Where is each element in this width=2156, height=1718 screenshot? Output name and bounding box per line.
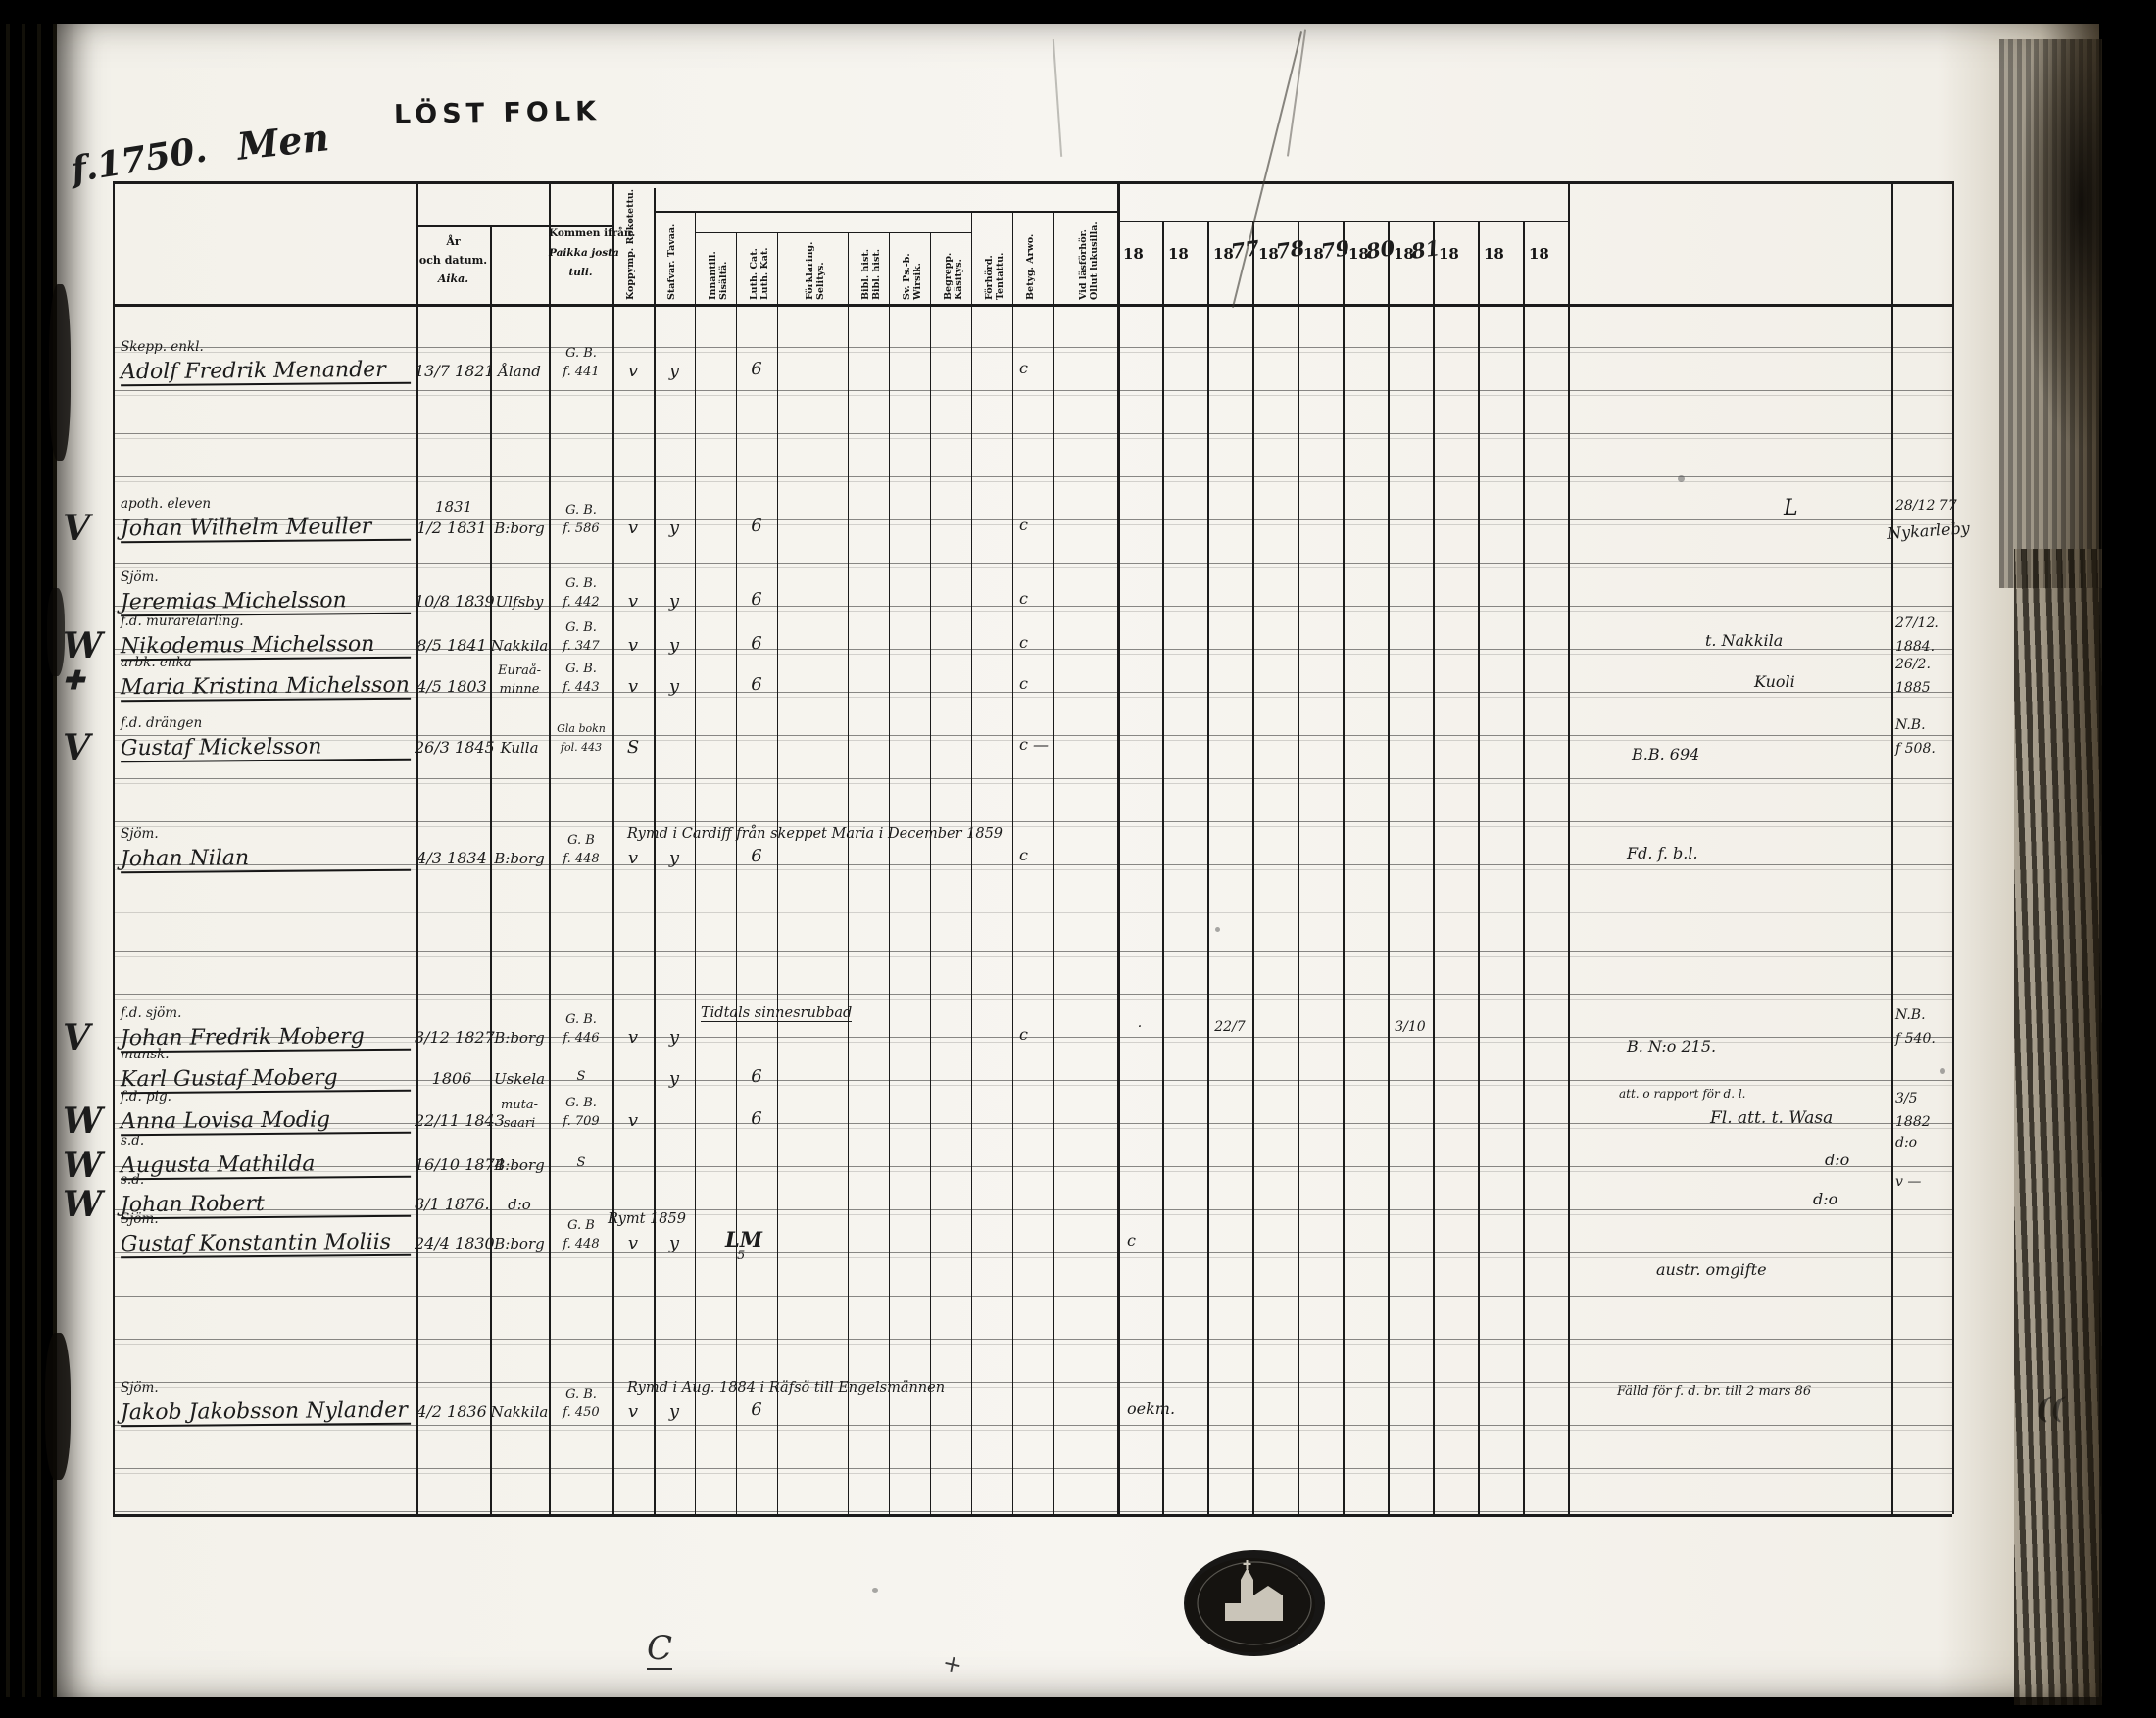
grid-vline: [889, 232, 890, 1514]
row-departed-1: 27/12.: [1895, 615, 1939, 631]
row-remark: B. N:o 215.: [1627, 1037, 1716, 1055]
scan-edge-right: [2099, 0, 2156, 1718]
row-rule: [113, 1468, 1952, 1469]
row-birth-place: Uskela: [488, 1070, 551, 1088]
row-birth-place: Åland: [488, 363, 551, 380]
year-printed: 18: [1123, 245, 1144, 263]
row-rule: [113, 1382, 1952, 1383]
row-departed-1: N.B.: [1895, 1007, 1926, 1023]
row-mark-1: v: [612, 591, 654, 612]
row-communion-mark: c: [1019, 1025, 1028, 1044]
row-birth-date: 3/12 1827: [415, 1028, 489, 1047]
row-book-ref: S: [551, 1155, 612, 1170]
year-printed: 18: [1168, 245, 1189, 263]
row-birth-place: muta-: [490, 1098, 549, 1112]
row-rule: [113, 821, 1952, 822]
scanned-church-record: f.1750. Men LÖST FOLK Åroch datum.Aika.K…: [0, 0, 2156, 1718]
row-remark-line1: att. o rapport för d. l.: [1619, 1087, 1746, 1101]
row-book-ref: f. 448: [551, 1237, 612, 1252]
year-handwritten: 79: [1319, 235, 1350, 264]
row-birth-date: 22/11 1843: [415, 1111, 489, 1130]
row-remark: Fälld för f. d. br. till 2 mars 86: [1617, 1384, 1811, 1399]
row-birth-date: 4/3 1834: [415, 849, 489, 867]
year-handwritten: 78: [1274, 235, 1305, 264]
page-edge-fold-mark: ((: [2036, 1392, 2064, 1426]
row-birth-place: B:borg: [488, 1235, 551, 1252]
row-occupation: Sjöm.: [121, 826, 159, 842]
column-label: Förhörd. Tentattu.: [985, 214, 1006, 300]
margin-mark: W: [63, 1184, 102, 1225]
grid-vline: [1523, 221, 1525, 1514]
row-remark: B.B. 694: [1632, 745, 1699, 763]
row-occupation: Sjöm.: [121, 569, 159, 585]
row-note: Rymd i Aug. 1884 i Räfsö till Engelsmänn…: [627, 1380, 945, 1396]
row-communion-date: 3/10: [1388, 1019, 1433, 1035]
row-mark-1: v: [612, 1027, 654, 1048]
row-book-ref: G. B.: [551, 1387, 612, 1401]
row-departed-1: 3/5: [1895, 1091, 1918, 1106]
row-book-ref: S: [551, 1069, 612, 1084]
row-grade: 6: [736, 515, 777, 536]
bottom-mark-c: C: [647, 1629, 672, 1670]
row-remark: t. Nakkila: [1705, 631, 1783, 650]
grid-vline: [930, 232, 931, 1514]
row-book-ref: f. 443: [551, 680, 612, 695]
row-rule: [113, 347, 1952, 348]
row-birth-date: 24/4 1830: [415, 1234, 489, 1252]
row-departed-1: 26/2.: [1895, 657, 1931, 672]
row-departed-2: f 540.: [1895, 1031, 1935, 1047]
column-label: Innantill. Sisältä.: [709, 235, 730, 300]
column-label: Begrepp. Käsitys.: [944, 235, 965, 300]
row-book-ref: G. B: [551, 833, 612, 848]
scan-edge-left: [0, 0, 57, 1718]
row-rule: [113, 390, 1952, 391]
row-birth-place: minne: [490, 682, 549, 697]
row-book-ref: f. 586: [551, 521, 612, 536]
row-grade: 6: [736, 359, 777, 379]
year-printed: 18: [1484, 245, 1504, 263]
row-birth-date: 8/5 1841: [415, 636, 489, 655]
scan-edge-bottom: [0, 1697, 2156, 1718]
row-mark-1: v: [612, 1233, 654, 1253]
row-birth-place: B:borg: [488, 850, 551, 867]
grid-vline: [1053, 211, 1054, 1514]
row-book-ref: f. 441: [551, 365, 612, 379]
row-mark-1: v: [612, 517, 654, 538]
row-birth-place: Nakkila: [488, 637, 551, 655]
row-grade: 6: [736, 1066, 777, 1087]
grid-hline: [695, 232, 971, 233]
row-communion-mark: c: [1019, 633, 1028, 652]
row-departed-2: 1885: [1895, 680, 1931, 696]
row-note: Tidtals sinnesrubbad: [701, 1006, 852, 1022]
row-rule: [113, 951, 1952, 952]
row-mark-1: v: [612, 676, 654, 697]
grid-vline: [1012, 211, 1013, 1514]
row-book-ref: G. B.: [551, 1096, 612, 1110]
row-rule: [113, 1339, 1952, 1340]
column-label: Stafvar. Tavaa.: [667, 214, 678, 300]
grid-vline: [1162, 221, 1164, 1514]
row-name: Gustaf Mickelsson: [121, 734, 411, 763]
row-occupation: f.d. murarelärling.: [121, 614, 244, 629]
row-mark-2: y: [654, 676, 695, 697]
year-printed: 18: [1529, 245, 1549, 263]
speck: [872, 1588, 878, 1593]
row-birth-place: B:borg: [488, 1029, 551, 1047]
row-note: Rymt 1859: [608, 1211, 686, 1227]
row-book-ref: G. B: [551, 1218, 612, 1233]
row-mark-2: y: [654, 1027, 695, 1048]
row-birth-date: 10/8 1839: [415, 592, 489, 611]
row-mark-1: v: [612, 1110, 654, 1131]
row-mark-1: v: [612, 848, 654, 868]
row-name: Anna Lovisa Modig: [121, 1107, 411, 1137]
header-remarks: [1568, 235, 1891, 251]
row-birth-date: 8/1 1876.: [415, 1195, 489, 1213]
row-birth-date: 4/5 1803: [415, 677, 489, 696]
speck: [1678, 475, 1685, 482]
section-title: LÖST FOLK: [394, 96, 601, 130]
row-mark-2: y: [654, 361, 695, 381]
row-grade: 6: [736, 633, 777, 654]
row-occupation: apoth. eleven: [121, 496, 211, 512]
margin-mark: V: [63, 1017, 90, 1058]
header-birth: [416, 192, 612, 207]
row-occupation: f.d. drängen: [121, 715, 202, 731]
row-communion-mark: c: [1127, 1231, 1136, 1250]
row-book-ref: G. B.: [551, 346, 612, 361]
grid-vline: [416, 181, 418, 1514]
row-remark: d:o: [1825, 1151, 1849, 1169]
row-mark-1: v: [612, 361, 654, 381]
header-birth-date: och datum.: [416, 254, 490, 267]
column-label: Förklaring. Selitys.: [806, 235, 827, 300]
row-birth-place: Ulfsby: [488, 593, 551, 611]
grid-hline: [654, 211, 1117, 213]
row-occupation: Sjöm.: [121, 1211, 159, 1227]
row-occupation: Skepp. enkl.: [121, 339, 204, 355]
row-grade: 6: [736, 1399, 777, 1420]
row-birth-place: saari: [490, 1116, 549, 1131]
header-came-from: Paikka josta: [549, 247, 612, 259]
row-rule: [113, 1511, 1952, 1512]
row-communion-mark: c —: [1019, 735, 1049, 754]
year-handwritten: 80: [1364, 235, 1396, 264]
grid-vline: [1117, 181, 1120, 1514]
margin-mark: W: [63, 1145, 102, 1186]
row-birth-place: B:borg: [488, 1156, 551, 1174]
grid-hline: [113, 181, 1952, 184]
row-occupation: s.d.: [121, 1172, 144, 1188]
row-communion-mark: c: [1019, 515, 1028, 534]
row-book-ref: fol. 443: [551, 741, 612, 754]
row-communion-mark: oekm.: [1127, 1399, 1175, 1418]
row-book-ref: G. B.: [551, 1012, 612, 1027]
row-departed-2: 1882: [1895, 1114, 1931, 1130]
row-grade: 6: [736, 1108, 777, 1129]
margin-mark: W: [63, 625, 102, 666]
grid-vline: [777, 232, 778, 1514]
row-departed-1: 28/12 77: [1895, 498, 1957, 514]
row-name: Johan Nilan: [121, 845, 411, 874]
row-mark-1: S: [612, 737, 654, 758]
row-grade: 6: [736, 674, 777, 695]
row-book-ref: Gla bokn: [551, 722, 612, 735]
row-birth-place: Kulla: [488, 739, 551, 757]
row-rule: [113, 1296, 1952, 1297]
column-label: Luth. Cat. Luth. Kat.: [750, 235, 771, 300]
grid-vline: [1891, 181, 1893, 1514]
grid-vline: [1343, 221, 1345, 1514]
row-mark-2: y: [654, 848, 695, 868]
row-name: Adolf Fredrik Menander: [121, 358, 411, 387]
margin-mark: W: [63, 1101, 102, 1142]
grid-vline: [971, 211, 972, 1514]
header-communion: [1117, 194, 1568, 209]
row-communion-mark: c: [1019, 359, 1028, 377]
grid-vline: [1568, 181, 1570, 1514]
year-printed: 18: [1439, 245, 1459, 263]
row-departed-2: f 508.: [1895, 741, 1935, 757]
grid-vline: [848, 232, 849, 1514]
row-rule: [113, 563, 1952, 564]
scan-edge-top: [0, 0, 2156, 24]
row-mark-1: v: [612, 635, 654, 656]
header-birth-date: Aika.: [416, 272, 490, 285]
row-rule: [113, 433, 1952, 434]
row-remark: Fd. f. b.l.: [1627, 844, 1698, 862]
row-note-2: 5: [737, 1249, 745, 1263]
row-grade: 6: [736, 589, 777, 610]
row-remark-line2: Fl. att. t. Wasa: [1710, 1108, 1833, 1128]
row-name: Johan Wilhelm Meuller: [121, 515, 411, 544]
row-birth-place: Euraå-: [490, 663, 549, 678]
grid-vline: [1298, 221, 1299, 1514]
row-book-ref: G. B.: [551, 576, 612, 591]
row-occupation: f.d. pig.: [121, 1089, 171, 1104]
row-remark: austr. omgifte: [1656, 1260, 1767, 1279]
row-communion-date: 22/7: [1207, 1019, 1252, 1035]
row-book-ref: f. 446: [551, 1031, 612, 1046]
row-occupation: munsk.: [121, 1047, 170, 1062]
year-handwritten: 81: [1409, 235, 1441, 264]
grid-vline: [113, 181, 115, 1514]
row-departed-1: N.B.: [1895, 717, 1926, 733]
column-label: Bibl. hist. Bibl. hist.: [861, 235, 883, 300]
row-name: Augusta Mathilda: [121, 1152, 411, 1181]
row-occupation: Sjöm.: [121, 1380, 159, 1396]
row-occupation: f.d. sjöm.: [121, 1006, 181, 1021]
row-communion-mark: c: [1019, 846, 1028, 864]
column-label: Betyg. Arwo.: [1026, 214, 1037, 300]
margin-mark: V: [63, 508, 90, 549]
grid-vline: [1478, 221, 1480, 1514]
grid-vline: [736, 232, 737, 1514]
row-occupation: s.d.: [121, 1133, 144, 1149]
grid-hline: [113, 304, 1952, 307]
column-label: Vid läsförhör. Ollut lukusilla.: [1079, 214, 1101, 300]
speck: [1940, 1068, 1945, 1074]
row-occupation: arbk. enka: [121, 655, 192, 670]
header-birth-date: År: [416, 235, 490, 248]
row-rule: [113, 778, 1952, 779]
row-remark: Kuoli: [1754, 672, 1795, 691]
row-name: Jeremias Michelsson: [121, 588, 411, 617]
row-note: Rymd i Cardiff från skeppet Maria i Dece…: [627, 826, 1003, 842]
header-memory: [695, 214, 971, 226]
row-birth-place: B:borg: [488, 519, 551, 537]
row-communion-date: ·: [1117, 1019, 1162, 1035]
row-mark-2: y: [654, 1068, 695, 1089]
row-rule: [113, 1425, 1952, 1426]
row-book-ref: f. 448: [551, 852, 612, 866]
row-grade: 6: [736, 846, 777, 866]
row-name: Johan Robert: [121, 1191, 411, 1220]
row-birth-date: 4/2 1836: [415, 1402, 489, 1421]
row-birth-place: d:o: [488, 1196, 551, 1213]
row-remark: d:o: [1813, 1190, 1837, 1208]
speck: [1215, 927, 1220, 932]
row-birth-place: Nakkila: [488, 1403, 551, 1421]
row-name: Gustaf Konstantin Moliis: [121, 1230, 411, 1259]
row-birth-year-top: 1831: [418, 498, 489, 515]
row-name: Jakob Jakobsson Nylander: [121, 1399, 411, 1428]
grid-vline: [1952, 181, 1954, 1514]
row-birth-date: 1/2 1831: [415, 518, 489, 537]
row-mark-2: y: [654, 517, 695, 538]
row-birth-date: 26/3 1845: [415, 738, 489, 757]
row-book-ref: G. B.: [551, 662, 612, 676]
row-mark-1: v: [612, 1401, 654, 1422]
grid-vline: [1252, 221, 1254, 1514]
row-departed-1: d:o: [1895, 1135, 1917, 1151]
row-book-ref: G. B.: [551, 503, 612, 517]
row-departed-2: 1884.: [1895, 639, 1935, 655]
row-communion-mark: c: [1019, 589, 1028, 608]
row-mark-2: y: [654, 1401, 695, 1422]
row-book-ref: G. B.: [551, 620, 612, 635]
row-birth-date: 1806: [415, 1069, 489, 1088]
row-mark-2: y: [654, 591, 695, 612]
row-rule: [113, 994, 1952, 995]
row-birth-date: 13/7 1821: [415, 362, 489, 380]
row-birth-date: 16/10 1874: [415, 1155, 489, 1174]
row-book-ref: f. 450: [551, 1405, 612, 1420]
row-mark-2: y: [654, 635, 695, 656]
grid-vline: [549, 181, 551, 1514]
grid-hline: [113, 1514, 1952, 1517]
column-label: Koppymp. Rokotettu.: [626, 186, 637, 300]
row-departed-1: v —: [1895, 1174, 1921, 1190]
row-book-ref: f. 347: [551, 639, 612, 654]
header-came-from: tuli.: [549, 267, 612, 278]
row-book-ref: f. 442: [551, 595, 612, 610]
row-rule: [113, 476, 1952, 477]
grid-vline: [1207, 221, 1209, 1514]
grid-vline: [695, 211, 696, 1514]
margin-mark: ✚: [63, 666, 84, 696]
row-mark-2: y: [654, 1233, 695, 1253]
grid-hline: [1117, 221, 1568, 222]
row-communion-mark: c: [1019, 674, 1028, 693]
row-remark-mark: L: [1784, 496, 1798, 520]
column-label: Sv. Ps.-b. Wirsik.: [903, 235, 924, 300]
grid-vline: [1388, 221, 1390, 1514]
grid-vline: [1433, 221, 1435, 1514]
grid-vline: [490, 225, 492, 1514]
row-name: Maria Kristina Michelsson: [121, 673, 411, 703]
margin-mark: V: [63, 727, 90, 768]
header-came-from: Kommen ifrån.: [549, 227, 612, 239]
row-book-ref: f. 709: [551, 1114, 612, 1129]
row-rule: [113, 908, 1952, 908]
